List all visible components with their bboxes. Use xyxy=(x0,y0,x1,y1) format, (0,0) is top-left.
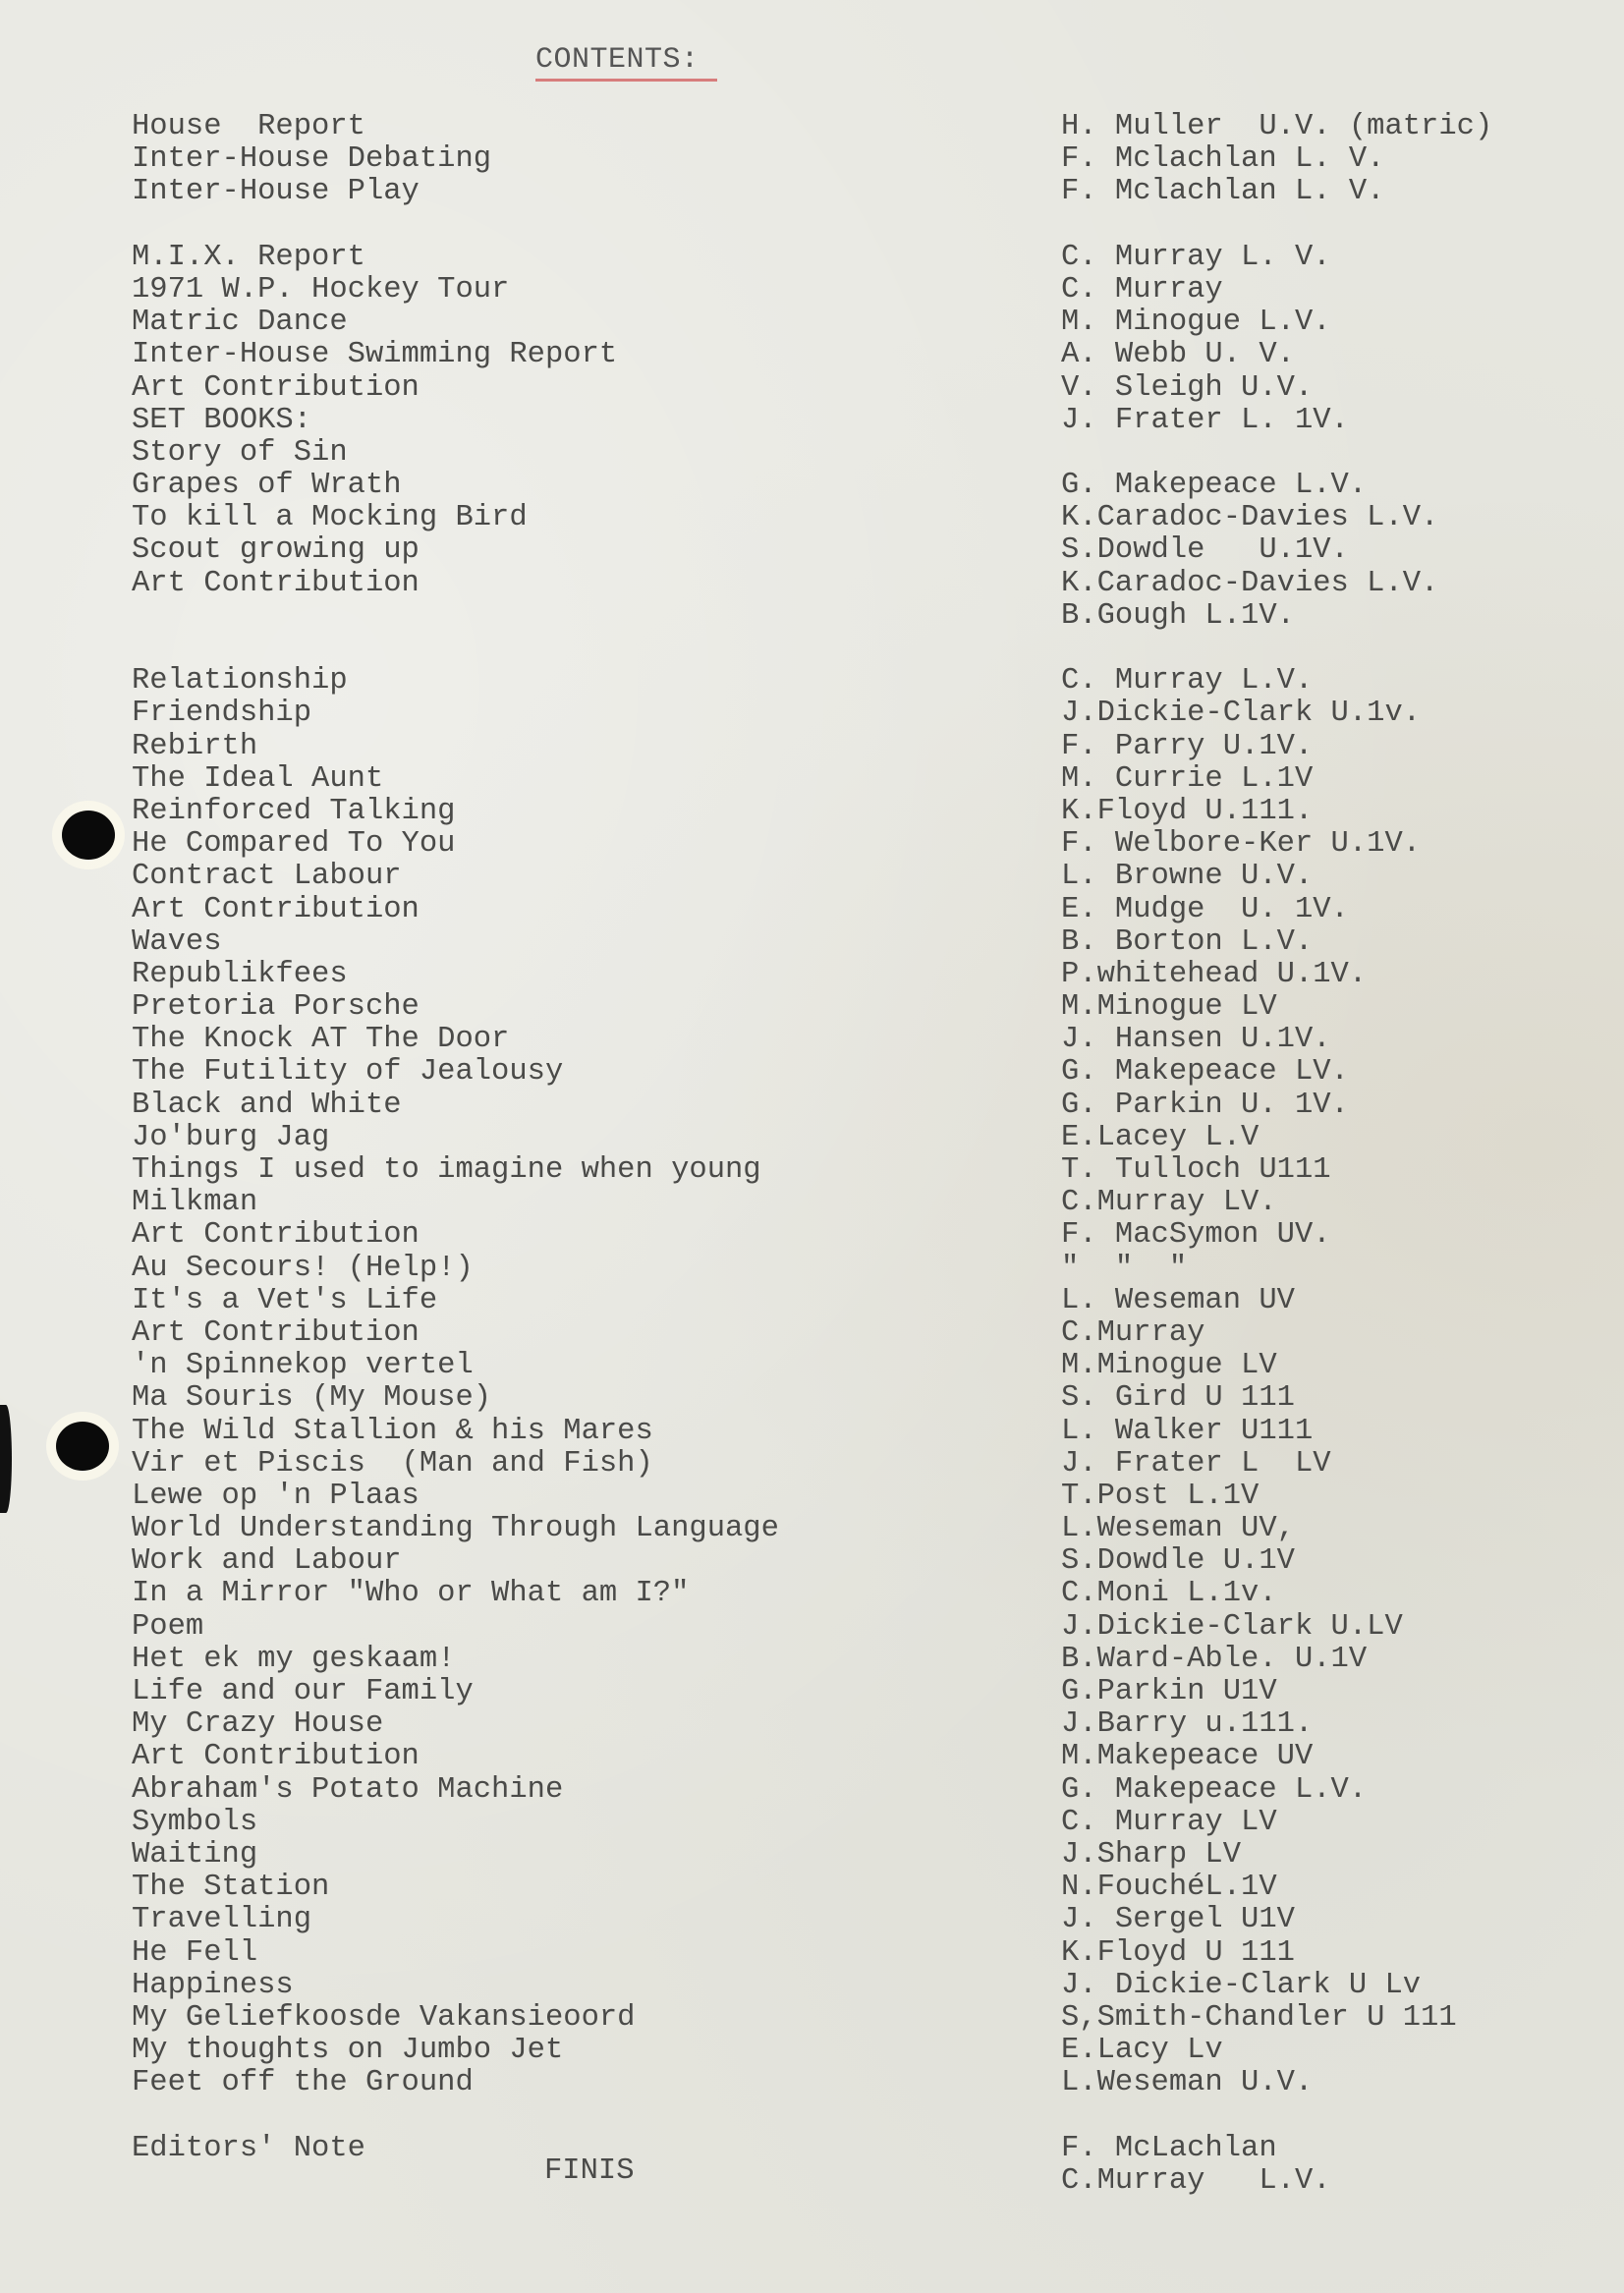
entry-author: J. Hansen U.1V. xyxy=(1061,1024,1492,1056)
entry-author: E.Lacy Lv xyxy=(1061,2035,1492,2067)
entry-author: M.Minogue LV xyxy=(1061,1350,1492,1382)
entry-title: To kill a Mocking Bird xyxy=(132,502,779,534)
entry-title: Matric Dance xyxy=(132,307,779,339)
entry-title: Poem xyxy=(132,1611,779,1644)
entry-title: Reinforced Talking xyxy=(132,796,779,828)
entry-author: G. Parkin U. 1V. xyxy=(1061,1090,1492,1122)
entry-author: G. Makepeace L.V. xyxy=(1061,470,1492,502)
entry-title: Symbols xyxy=(132,1807,779,1839)
finis-footer: FINIS xyxy=(544,2154,635,2188)
entry-title: Waves xyxy=(132,926,779,959)
entry-author: G. Makepeace LV. xyxy=(1061,1056,1492,1089)
entry-title: Happiness xyxy=(132,1970,779,2002)
entry-author: S. Gird U 111 xyxy=(1061,1382,1492,1415)
entry-title: Editors' Note xyxy=(132,2133,779,2165)
entry-author: E. Mudge U. 1V. xyxy=(1061,894,1492,926)
entry-author: S.Dowdle U.1V xyxy=(1061,1545,1492,1578)
entry-title: Relationship xyxy=(132,665,779,698)
entry-title: Republikfees xyxy=(132,959,779,991)
entry-title: M.I.X. Report xyxy=(132,242,779,274)
punch-hole xyxy=(56,1422,109,1471)
entry-title: It's a Vet's Life xyxy=(132,1285,779,1317)
entry-author: F. Mclachlan L. V. xyxy=(1061,143,1492,176)
entry-author: J. Frater L. 1V. xyxy=(1061,405,1492,437)
entry-author: F. Welbore-Ker U.1V. xyxy=(1061,828,1492,861)
entry-title: Work and Labour xyxy=(132,1545,779,1578)
entry-title: Pretoria Porsche xyxy=(132,991,779,1024)
entry-author: C. Murray L.V. xyxy=(1061,665,1492,698)
entry-author: C. Murray LV xyxy=(1061,1807,1492,1839)
punch-hole xyxy=(62,811,115,860)
entry-title: My thoughts on Jumbo Jet xyxy=(132,2035,779,2067)
entry-title: 'n Spinnekop vertel xyxy=(132,1350,779,1382)
entry-title: My Geliefkoosde Vakansieoord xyxy=(132,2002,779,2035)
entry-author: C.Murray L.V. xyxy=(1061,2165,1492,2198)
entry-author: H. Muller U.V. (matric) xyxy=(1061,111,1492,143)
entry-title: House Report xyxy=(132,111,779,143)
entry-title xyxy=(132,2165,779,2198)
entry-title: Art Contribution xyxy=(132,1317,779,1350)
page-title: CONTENTS: xyxy=(535,43,700,77)
entry-title xyxy=(132,600,779,633)
entry-title: My Crazy House xyxy=(132,1708,779,1741)
entry-title: Grapes of Wrath xyxy=(132,470,779,502)
entry-author: C.Murray LV. xyxy=(1061,1187,1492,1219)
entry-title: Friendship xyxy=(132,698,779,730)
entry-author: F. Parry U.1V. xyxy=(1061,731,1492,763)
entry-author: " " " xyxy=(1061,1253,1492,1285)
entry-author: J.Dickie-Clark U.1v. xyxy=(1061,698,1492,730)
entry-author: K.Caradoc-Davies L.V. xyxy=(1061,502,1492,534)
entry-title: Au Secours! (Help!) xyxy=(132,1253,779,1285)
titles-column: House ReportInter-House DebatingInter-Ho… xyxy=(132,111,779,2198)
entry-title: The Ideal Aunt xyxy=(132,763,779,796)
entry-title: Ma Souris (My Mouse) xyxy=(132,1382,779,1415)
section-gap xyxy=(1061,209,1492,242)
entry-title: SET BOOKS: xyxy=(132,405,779,437)
entry-author: K.Floyd U 111 xyxy=(1061,1937,1492,1970)
entry-author: J. Sergel U1V xyxy=(1061,1904,1492,1936)
entry-title: Travelling xyxy=(132,1904,779,1936)
entry-author: L. Browne U.V. xyxy=(1061,861,1492,893)
entry-title: Feet off the Ground xyxy=(132,2067,779,2099)
entry-author: L.Weseman U.V. xyxy=(1061,2067,1492,2099)
entry-title: Story of Sin xyxy=(132,437,779,470)
entry-author: V. Sleigh U.V. xyxy=(1061,372,1492,405)
entry-author: J.Sharp LV xyxy=(1061,1839,1492,1872)
section-gap xyxy=(1061,2099,1492,2132)
entry-title: Abraham's Potato Machine xyxy=(132,1774,779,1807)
entry-title: Black and White xyxy=(132,1090,779,1122)
entry-title: In a Mirror "Who or What am I?" xyxy=(132,1578,779,1610)
entry-author: K.Floyd U.111. xyxy=(1061,796,1492,828)
binder-edge-mark xyxy=(0,1405,12,1513)
entry-author: C.Moni L.1v. xyxy=(1061,1578,1492,1610)
entry-author: F. MacSymon UV. xyxy=(1061,1219,1492,1252)
entry-title: Inter-House Swimming Report xyxy=(132,339,779,371)
entry-title: Contract Labour xyxy=(132,861,779,893)
entry-title: Things I used to imagine when young xyxy=(132,1154,779,1187)
entry-title: Waiting xyxy=(132,1839,779,1872)
entry-author: C. Murray L. V. xyxy=(1061,242,1492,274)
entry-title: Art Contribution xyxy=(132,568,779,600)
entry-author: T.Post L.1V xyxy=(1061,1481,1492,1513)
entry-author: J.Barry u.111. xyxy=(1061,1708,1492,1741)
entry-author: B. Borton L.V. xyxy=(1061,926,1492,959)
entry-title: World Understanding Through Language xyxy=(132,1513,779,1545)
entry-author: C.Murray xyxy=(1061,1317,1492,1350)
entry-title: Art Contribution xyxy=(132,894,779,926)
entry-title: He Compared To You xyxy=(132,828,779,861)
section-gap xyxy=(132,2099,779,2132)
entry-title: The Knock AT The Door xyxy=(132,1024,779,1056)
entry-author: M.Makepeace UV xyxy=(1061,1741,1492,1773)
section-gap xyxy=(1061,633,1492,665)
entry-title: Milkman xyxy=(132,1187,779,1219)
authors-column: H. Muller U.V. (matric)F. Mclachlan L. V… xyxy=(1061,111,1492,2198)
entry-author: P.whitehead U.1V. xyxy=(1061,959,1492,991)
entry-title: Rebirth xyxy=(132,731,779,763)
entry-author: L. Weseman UV xyxy=(1061,1285,1492,1317)
entry-author xyxy=(1061,437,1492,470)
entry-title: The Station xyxy=(132,1872,779,1904)
entry-title: 1971 W.P. Hockey Tour xyxy=(132,274,779,307)
entry-author: C. Murray xyxy=(1061,274,1492,307)
entry-author: G. Makepeace L.V. xyxy=(1061,1774,1492,1807)
entry-author: B.Gough L.1V. xyxy=(1061,600,1492,633)
entry-title: The Futility of Jealousy xyxy=(132,1056,779,1089)
entry-title: Life and our Family xyxy=(132,1676,779,1708)
entry-title: Inter-House Play xyxy=(132,176,779,208)
entry-author: B.Ward-Able. U.1V xyxy=(1061,1644,1492,1676)
entry-author: A. Webb U. V. xyxy=(1061,339,1492,371)
entry-author: J. Frater L LV xyxy=(1061,1448,1492,1481)
entry-title: Scout growing up xyxy=(132,534,779,567)
contents-page: CONTENTS: House ReportInter-House Debati… xyxy=(0,0,1624,2293)
entry-title: Jo'burg Jag xyxy=(132,1122,779,1154)
entry-author: J.Dickie-Clark U.LV xyxy=(1061,1611,1492,1644)
entry-author: L.Weseman UV, xyxy=(1061,1513,1492,1545)
entry-title: Art Contribution xyxy=(132,372,779,405)
entry-author: J. Dickie-Clark U Lv xyxy=(1061,1970,1492,2002)
entry-author: G.Parkin U1V xyxy=(1061,1676,1492,1708)
entry-title: Art Contribution xyxy=(132,1741,779,1773)
section-gap xyxy=(132,209,779,242)
entry-author: N.FouchéL.1V xyxy=(1061,1872,1492,1904)
entry-author: S,Smith-Chandler U 111 xyxy=(1061,2002,1492,2035)
section-gap xyxy=(132,633,779,665)
entry-title: Lewe op 'n Plaas xyxy=(132,1481,779,1513)
entry-author: M. Currie L.1V xyxy=(1061,763,1492,796)
entry-author: F. Mclachlan L. V. xyxy=(1061,176,1492,208)
entry-author: M. Minogue L.V. xyxy=(1061,307,1492,339)
entry-author: K.Caradoc-Davies L.V. xyxy=(1061,568,1492,600)
entry-title: Vir et Piscis (Man and Fish) xyxy=(132,1448,779,1481)
entry-author: S.Dowdle U.1V. xyxy=(1061,534,1492,567)
entry-author: F. McLachlan xyxy=(1061,2133,1492,2165)
entry-title: He Fell xyxy=(132,1937,779,1970)
entry-author: E.Lacey L.V xyxy=(1061,1122,1492,1154)
entry-author: L. Walker U111 xyxy=(1061,1416,1492,1448)
entry-title: Het ek my geskaam! xyxy=(132,1644,779,1676)
entry-author: M.Minogue LV xyxy=(1061,991,1492,1024)
title-underline xyxy=(535,79,717,82)
entry-title: The Wild Stallion & his Mares xyxy=(132,1416,779,1448)
entry-author: T. Tulloch U111 xyxy=(1061,1154,1492,1187)
entry-title: Inter-House Debating xyxy=(132,143,779,176)
entry-title: Art Contribution xyxy=(132,1219,779,1252)
